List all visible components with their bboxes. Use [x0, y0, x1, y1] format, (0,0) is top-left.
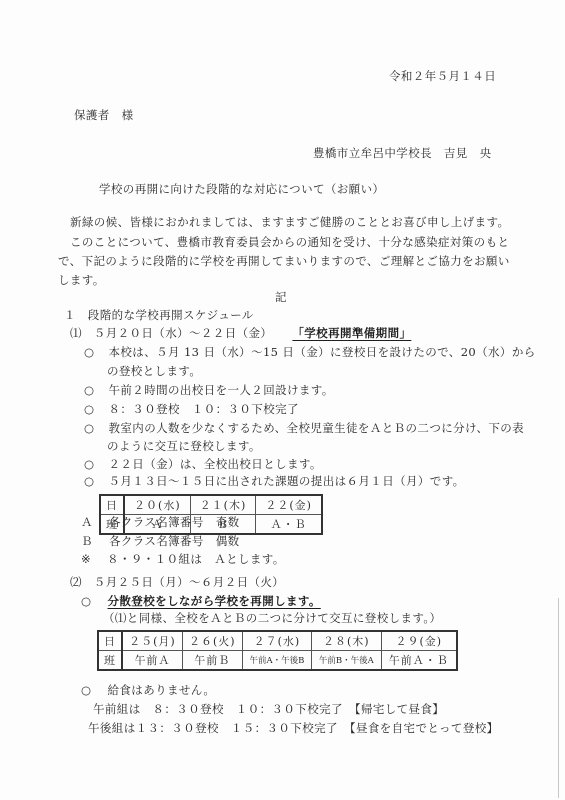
- part2-main-bullet: ○ 分散登校をしながら学校を再開します。: [81, 594, 321, 609]
- section1-heading: １ 段階的な学校再開スケジュール: [64, 308, 254, 323]
- bullet-text: ２２日（金）は、全校出校日とします。: [109, 457, 322, 471]
- bullet-text: 午前２時間の出校日を一人２回設けます。: [109, 383, 334, 397]
- bullet-text: 本校は、５月 13 日（水）～15 日（金）に登校日を設けたので、20（水）から: [109, 345, 536, 359]
- row-header-group: 班: [98, 651, 122, 671]
- bullet-2: ○ 午前２時間の出校日を一人２回設けます。: [84, 383, 334, 398]
- addressee: 保護者 様: [74, 108, 134, 123]
- table-cell: ２９(金): [381, 631, 457, 651]
- bullet-4-continued: のように交互に登校します。: [107, 439, 261, 454]
- document-title: 学校の再開に向けた段階的な対応について（お願い）: [99, 182, 384, 197]
- note-a: Ａ 各クラス名簿番号 奇数: [81, 515, 240, 530]
- intro-line-1: 新緑の候、皆様におかれましては、ますますご健勝のこととお喜び申し上げます。: [70, 215, 509, 230]
- note-text: 各クラス名簿番号 奇数: [109, 515, 240, 529]
- bullet-text: ８：３０登校 １０：３０下校完了: [109, 402, 299, 416]
- bullet-text: 分散登校をしながら学校を再開します。: [108, 594, 321, 608]
- note-b: Ｂ 各クラス名簿番号 偶数: [81, 534, 240, 549]
- intro-line-2: このことについて、豊橋市教育委員会からの通知を受け、十分な感染症対策のもと: [70, 235, 509, 250]
- circle-bullet-icon: ○: [84, 402, 94, 416]
- part2-sub-note: （⑴と同様、全校をＡとＢの二つに分けて交互に登校します。）: [103, 611, 441, 626]
- note-text: 各クラス名簿番号 偶数: [109, 534, 240, 548]
- bullet-4: ○ 教室内の人数を少なくするため、全校児童生徒をＡとＢの二つに分け、下の表: [84, 421, 524, 436]
- table-cell: ２７(水): [242, 631, 311, 651]
- circle-bullet-icon: ○: [84, 345, 94, 359]
- bullet-3: ○ ８：３０登校 １０：３０下校完了: [84, 402, 299, 417]
- circle-bullet-icon: ○: [84, 421, 94, 435]
- sender: 豊橋市立牟呂中学校長 吉見 央: [313, 146, 492, 161]
- document-date: 令和２年５月１４日: [389, 69, 496, 84]
- bullet-text: 給食はありません。: [108, 683, 216, 697]
- intro-line-4: します。: [58, 273, 105, 288]
- table-cell: ２２(金): [256, 495, 322, 515]
- reference-mark-icon: ※: [81, 552, 91, 566]
- note-mark: Ａ: [81, 515, 93, 529]
- table-cell: ２６(火): [182, 631, 242, 651]
- table-cell: ２１(木): [190, 495, 256, 515]
- table-cell: ２５(月): [122, 631, 182, 651]
- table-cell: 午前Ａ・Ｂ: [381, 651, 457, 671]
- bullet-1: ○ 本校は、５月 13 日（水）～15 日（金）に登校日を設けたので、20（水）…: [84, 345, 536, 360]
- circle-bullet-icon: ○: [84, 474, 94, 488]
- scan-edge-line: [558, 598, 559, 798]
- table-cell: 午前Ａ: [122, 651, 182, 671]
- note-mark: Ｂ: [81, 534, 93, 548]
- row-header-day: 日: [100, 495, 124, 515]
- bullet-1-continued: の登校とします。: [107, 364, 201, 379]
- part2-label: ⑵ ５月２５日（月）～６月２日（火）: [70, 575, 284, 590]
- table-row-groups: 班 午前Ａ 午前Ｂ 午前A・午後B 午前B・午後A 午前Ａ・Ｂ: [98, 651, 457, 671]
- intro-line-3: で、下記のように段階的に学校を再開してまいりますので、ご理解とご協力をお願い: [58, 254, 510, 269]
- afternoon-group-schedule: 午後組は１３：３０登校 １５：３０下校完了 【昼食を自宅でとって登校】: [88, 721, 499, 736]
- note-text: ８・９・１０組は Ａとします。: [107, 552, 285, 566]
- part1-dates: ⑴ ５月２０日（水）～２２日（金）: [70, 326, 272, 340]
- bullet-text: ５月１３日～１５日に出された課題の提出は６月１日（月）です。: [109, 474, 465, 488]
- schedule-table-2: 日 ２５(月) ２６(火) ２７(水) ２８(木) ２９(金) 班 午前Ａ 午前…: [97, 630, 458, 671]
- period-name: 「学校再開準備期間」: [292, 326, 411, 340]
- circle-bullet-icon: ○: [81, 683, 91, 697]
- table-cell: 午前A・午後B: [242, 651, 311, 671]
- row-header-day: 日: [98, 631, 122, 651]
- table-cell: ２０(水): [124, 495, 190, 515]
- circle-bullet-icon: ○: [81, 594, 91, 608]
- table-row-days: 日 ２５(月) ２６(火) ２７(水) ２８(木) ２９(金): [98, 631, 457, 651]
- table-cell: ２８(木): [312, 631, 381, 651]
- part1-label: ⑴ ５月２０日（水）～２２日（金） 「学校再開準備期間」: [70, 326, 411, 341]
- ki-heading: 記: [275, 290, 287, 305]
- circle-bullet-icon: ○: [84, 383, 94, 397]
- note-asterisk: ※ ８・９・１０組は Ａとします。: [81, 552, 285, 567]
- table-cell: 午前B・午後A: [312, 651, 381, 671]
- bullet-6: ○ ５月１３日～１５日に出された課題の提出は６月１日（月）です。: [84, 474, 465, 489]
- morning-group-schedule: 午前組は ８：３０登校 １０：３０下校完了 【帰宅して昼食】: [93, 702, 444, 717]
- circle-bullet-icon: ○: [84, 457, 94, 471]
- bullet-text: 教室内の人数を少なくするため、全校児童生徒をＡとＢの二つに分け、下の表: [109, 421, 525, 435]
- table-row-days: 日 ２０(水) ２１(木) ２２(金): [100, 495, 322, 515]
- table-cell: Ａ・Ｂ: [256, 515, 322, 535]
- table-cell: 午前Ｂ: [182, 651, 242, 671]
- lunch-bullet: ○ 給食はありません。: [81, 683, 215, 698]
- bullet-5: ○ ２２日（金）は、全校出校日とします。: [84, 457, 322, 472]
